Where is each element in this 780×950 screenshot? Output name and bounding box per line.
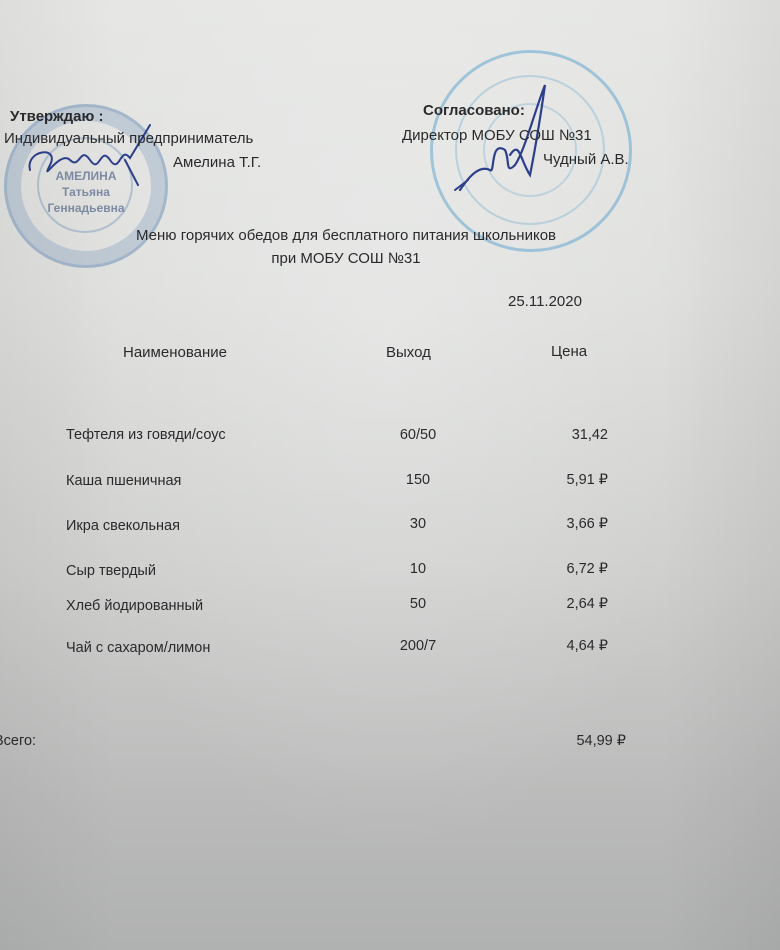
approval-right-position: Директор МОБУ СОШ №31 <box>402 127 592 144</box>
document-title-line2: при МОБУ СОШ №31 <box>0 250 692 267</box>
column-header-output: Выход <box>386 344 431 361</box>
dish-price: 31,42 <box>488 427 608 443</box>
dish-name: Икра свекольная <box>66 518 180 534</box>
stamp-inner-ring <box>37 137 133 233</box>
column-header-name: Наименование <box>123 344 227 361</box>
dish-output: 60/50 <box>358 427 478 443</box>
dish-price: 4,64 ₽ <box>488 638 608 654</box>
dish-name: Тефтеля из говяди/соус <box>66 427 226 443</box>
stamp-text-surname: АМЕЛИНА <box>7 169 165 183</box>
dish-output: 150 <box>358 472 478 488</box>
stamp-text-firstname: Татьяна <box>7 185 165 199</box>
dish-output: 200/7 <box>358 638 478 654</box>
dish-price: 5,91 ₽ <box>488 472 608 488</box>
dish-price: 6,72 ₽ <box>488 561 608 577</box>
approval-right-name: Чудный А.В. <box>543 151 629 168</box>
dish-name: Каша пшеничная <box>66 473 181 489</box>
total-label: Всего: <box>0 733 36 749</box>
document-title-line1: Меню горячих обедов для бесплатного пита… <box>0 227 692 244</box>
column-header-price: Цена <box>551 343 587 360</box>
approval-left-name: Амелина Т.Г. <box>173 154 261 171</box>
approval-left-heading: Утверждаю : <box>10 108 103 125</box>
approval-left-position: Индивидуальный предприниматель <box>4 130 253 147</box>
stamp-middle-ring <box>455 75 605 225</box>
total-value: 54,99 ₽ <box>506 733 626 749</box>
dish-output: 10 <box>358 561 478 577</box>
dish-name: Сыр твердый <box>66 563 156 579</box>
dish-output: 50 <box>358 596 478 612</box>
dish-price: 2,64 ₽ <box>488 596 608 612</box>
dish-price: 3,66 ₽ <box>488 516 608 532</box>
stamp-text-patronymic: Геннадьевна <box>7 201 165 215</box>
dish-name: Хлеб йодированный <box>66 598 203 614</box>
approval-right-heading: Согласовано: <box>423 102 525 119</box>
dish-output: 30 <box>358 516 478 532</box>
dish-name: Чай с сахаром/лимон <box>66 640 210 656</box>
document-date: 25.11.2020 <box>508 293 582 310</box>
